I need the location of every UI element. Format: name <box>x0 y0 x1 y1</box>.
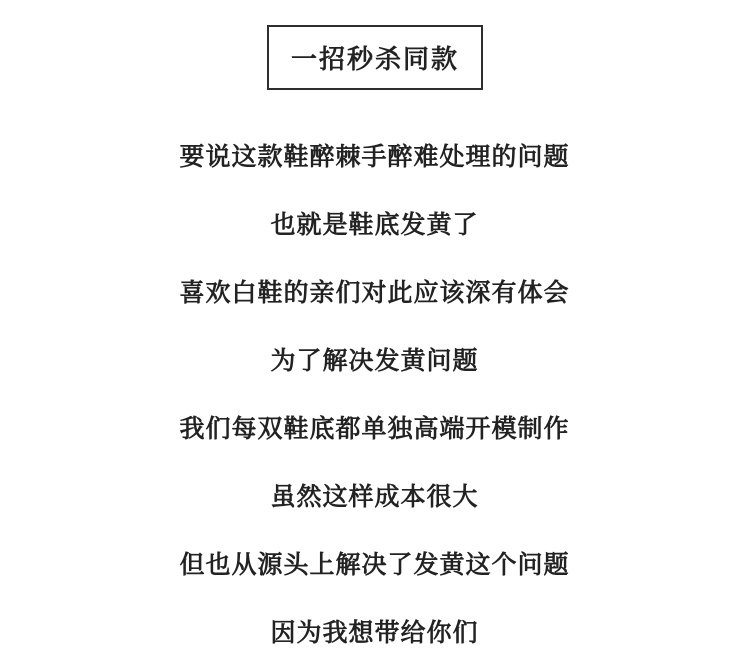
promo-image: 一招秒杀同款 要说这款鞋醉棘手醉难处理的问题 也就是鞋底发黄了 喜欢白鞋的亲们对… <box>0 0 749 668</box>
caption-lines: 要说这款鞋醉棘手醉难处理的问题 也就是鞋底发黄了 喜欢白鞋的亲们对此应该深有体会… <box>0 121 749 665</box>
caption-line-1: 要说这款鞋醉棘手醉难处理的问题 <box>0 121 749 189</box>
caption-line-7: 但也从源头上解决了发黄这个问题 <box>0 529 749 597</box>
caption-line-5: 我们每双鞋底都单独高端开模制作 <box>0 393 749 461</box>
title-box: 一招秒杀同款 <box>267 25 483 90</box>
caption-line-8: 因为我想带给你们 <box>0 597 749 665</box>
title-text: 一招秒杀同款 <box>291 39 459 76</box>
caption-line-3: 喜欢白鞋的亲们对此应该深有体会 <box>0 257 749 325</box>
caption-line-2: 也就是鞋底发黄了 <box>0 189 749 257</box>
caption-line-6: 虽然这样成本很大 <box>0 461 749 529</box>
caption-line-4: 为了解决发黄问题 <box>0 325 749 393</box>
